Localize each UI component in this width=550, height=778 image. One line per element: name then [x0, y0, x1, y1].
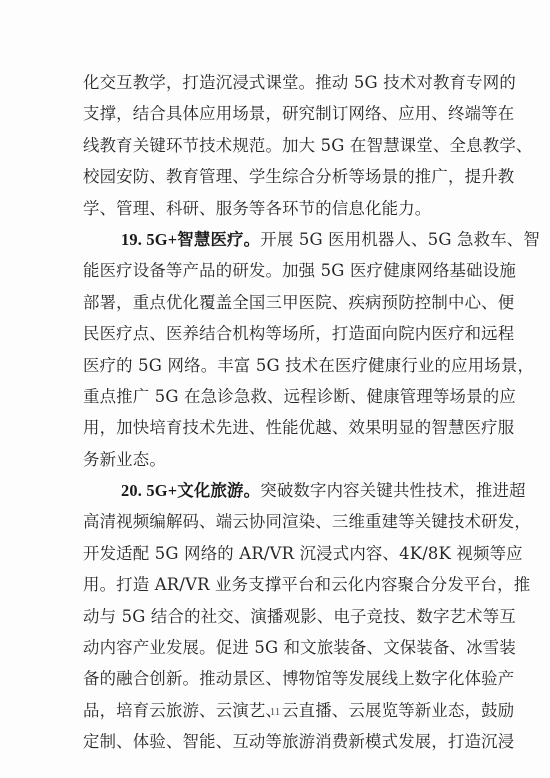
paragraph-education-continuation: 化交互教学，打造沉浸式课堂。推动 5G 技术对教育专网的 支撑，结合具体应用场景…	[83, 67, 467, 224]
document-page: 化交互教学，打造沉浸式课堂。推动 5G 技术对教育专网的 支撑，结合具体应用场景…	[0, 0, 550, 778]
text-line: 用，加快培育技术先进、性能优越、效果明显的智慧医疗服	[83, 412, 467, 443]
text-line: 化交互教学，打造沉浸式课堂。推动 5G 技术对教育专网的	[83, 67, 467, 98]
text-line: 能医疗设备等产品的研发。加强 5G 医疗健康网络基础设施	[83, 255, 467, 286]
text-line: 备的融合创新。推动景区、博物馆等发展线上数字化体验产	[83, 663, 467, 694]
document-body: 化交互教学，打造沉浸式课堂。推动 5G 技术对教育专网的 支撑，结合具体应用场景…	[83, 67, 467, 758]
section-heading-19: 19. 5G+智慧医疗。	[121, 230, 260, 249]
text-line-with-heading: 20. 5G+文化旅游。突破数字内容关键共性技术，推进超	[83, 475, 467, 506]
text-line: 用。打造 AR/VR 业务支撑平台和云化内容聚合分发平台，推	[83, 569, 467, 600]
text-line: 线教育关键环节技术规范。加大 5G 在智慧课堂、全息教学、	[83, 130, 467, 161]
page-number: 11	[0, 706, 550, 718]
text-line: 学、管理、科研、服务等各环节的信息化能力。	[83, 193, 467, 224]
text-line: 务新业态。	[83, 444, 467, 475]
text-line: 高清视频编解码、端云协同渲染、三维重建等关键技术研发，	[83, 506, 467, 537]
text-line: 定制、体验、智能、互动等旅游消费新模式发展，打造沉浸	[83, 726, 467, 757]
text-line: 支撑，结合具体应用场景，研究制订网络、应用、终端等在	[83, 98, 467, 129]
text-line: 动与 5G 结合的社交、演播观影、电子竞技、数字艺术等互	[83, 601, 467, 632]
text-line: 动内容产业发展。促进 5G 和文旅装备、文保装备、冰雪装	[83, 632, 467, 663]
section-heading-20: 20. 5G+文化旅游。	[121, 481, 260, 500]
text-run: 突破数字内容关键共性技术，推进超	[260, 481, 525, 500]
text-line: 医疗的 5G 网络。丰富 5G 技术在医疗健康行业的应用场景，	[83, 350, 467, 381]
paragraph-smart-healthcare: 19. 5G+智慧医疗。开展 5G 医用机器人、5G 急救车、智 能医疗设备等产…	[83, 224, 467, 475]
text-line: 校园安防、教育管理、学生综合分析等场景的推广，提升教	[83, 161, 467, 192]
text-line: 开发适配 5G 网络的 AR/VR 沉浸式内容、4K/8K 视频等应	[83, 538, 467, 569]
text-line: 民医疗点、医养结合机构等场所，打造面向院内医疗和远程	[83, 318, 467, 349]
text-run: 开展 5G 医用机器人、5G 急救车、智	[260, 230, 540, 249]
text-line: 部署，重点优化覆盖全国三甲医院、疾病预防控制中心、便	[83, 287, 467, 318]
text-line-with-heading: 19. 5G+智慧医疗。开展 5G 医用机器人、5G 急救车、智	[83, 224, 467, 255]
text-line: 重点推广 5G 在急诊急救、远程诊断、健康管理等场景的应	[83, 381, 467, 412]
